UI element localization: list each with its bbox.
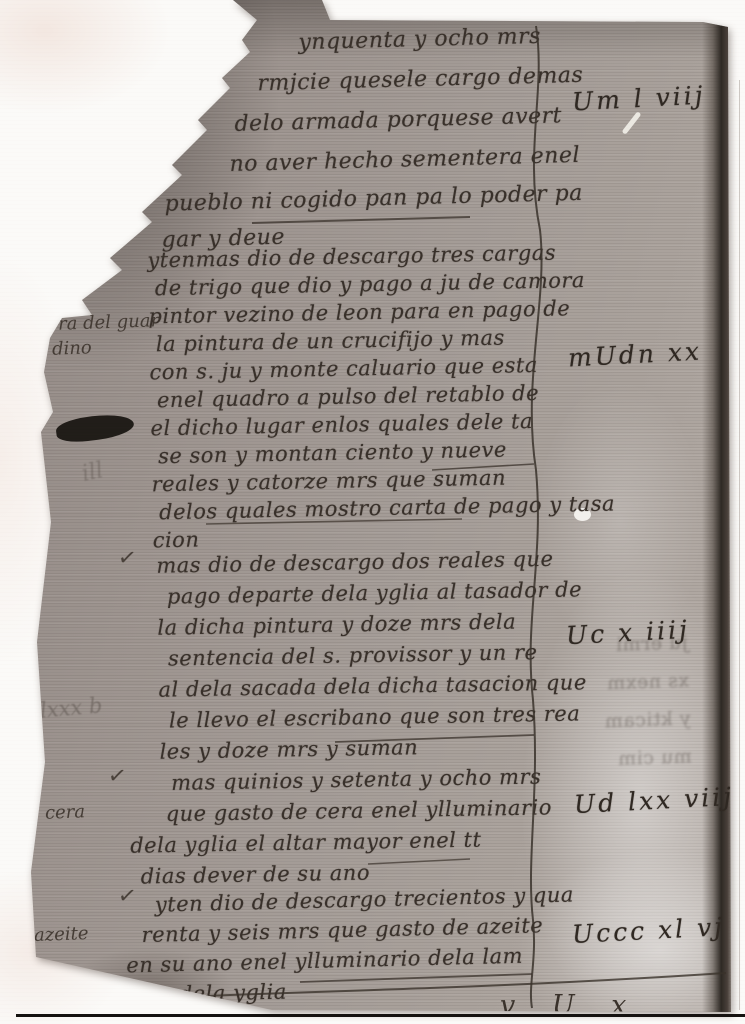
manuscript-paper: ynquenta y ocho mrs rmjcie quesele cargo… (0, 0, 745, 1024)
bleed-through-text: ju ermi xs nexm y kticam mu cim (537, 631, 692, 788)
margin-note: cera (45, 801, 86, 823)
check-mark: ✓ (106, 763, 128, 790)
bleed-line: xs nexm (539, 669, 690, 712)
bleed-line: mu cim (541, 745, 692, 788)
bleed-line: ju ermi (537, 631, 688, 674)
margin-note: ra del guar (58, 310, 160, 335)
bleed-line: y kticam (540, 707, 691, 750)
margin-note: dino (52, 337, 92, 359)
scanned-page: ynquenta y ocho mrs rmjcie quesele cargo… (0, 0, 745, 1024)
scanner-edge-line (739, 80, 740, 1010)
entry-2-text: ytenmas dio de descargo tres cargas de t… (147, 240, 609, 557)
entry-3-text: mas dio de descargo dos reales que pago … (156, 546, 588, 770)
margin-note: azeite (34, 923, 89, 946)
manuscript-paper-wrap: ynquenta y ocho mrs rmjcie quesele cargo… (0, 0, 745, 1024)
page-edge-band (702, 22, 733, 1014)
bottom-scan-line (16, 1014, 745, 1017)
entry-4-text: mas quinios y setenta y ocho mrs que gas… (129, 764, 553, 895)
check-mark: ✓ (116, 545, 138, 572)
